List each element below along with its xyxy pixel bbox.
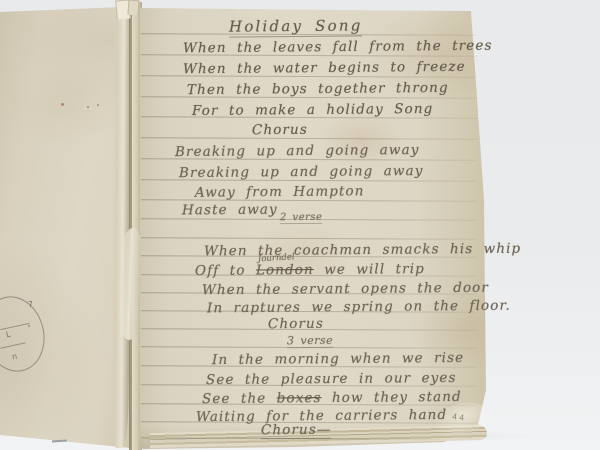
fox-spot	[61, 103, 64, 106]
song-line: Away from Hampton	[195, 183, 365, 200]
song-line: When the servant opens the door	[202, 280, 489, 299]
song-line: See the pleasure in our eyes	[206, 370, 457, 388]
song-line: Breaking up and going away	[179, 163, 424, 181]
line-text: how they stand	[321, 389, 461, 406]
line-text: See the	[202, 390, 277, 407]
struck-word: boxes	[277, 390, 322, 406]
song-line: When the leaves fall from the trees	[183, 38, 493, 57]
song-line: For to make a holiday Song	[192, 101, 434, 119]
line-text: we will trip	[314, 261, 425, 278]
song-line: Haste away	[182, 202, 278, 219]
song-line: Then the boys together throng	[187, 80, 449, 98]
chorus-label: Chorus	[268, 316, 324, 332]
fox-spot	[87, 106, 89, 108]
margin-mark: 44	[451, 412, 466, 423]
line-text: Off to	[195, 262, 256, 279]
corrected-word: LondonJourndel	[256, 262, 314, 279]
song-line: When the water begins to freeze	[183, 59, 466, 77]
struck-word: London	[256, 262, 314, 279]
song-line: Breaking up and going away	[175, 142, 420, 160]
song-line: See the boxes how they stand	[202, 389, 462, 407]
fox-spot	[97, 104, 99, 106]
verse-label: 3 verse	[287, 334, 333, 348]
staple-mark	[52, 439, 67, 442]
song-line: Off to LondonJourndel we will trip	[195, 261, 425, 279]
doodle-mark: n	[11, 352, 17, 362]
song-line: When the coachman smacks his whip	[204, 241, 521, 260]
verse-label: 2 verse	[280, 212, 323, 224]
song-line: In raptures we spring on the floor.	[207, 298, 511, 317]
chorus-label: Chorus—	[261, 422, 332, 440]
chorus-label: Chorus	[252, 122, 308, 138]
manuscript-photo: 7 L n Holiday Song When the leaves fall …	[0, 0, 600, 450]
song-line: In the morning when we rise	[212, 350, 464, 368]
torn-stub-top	[127, 0, 139, 15]
song-title: Holiday Song	[229, 16, 363, 37]
